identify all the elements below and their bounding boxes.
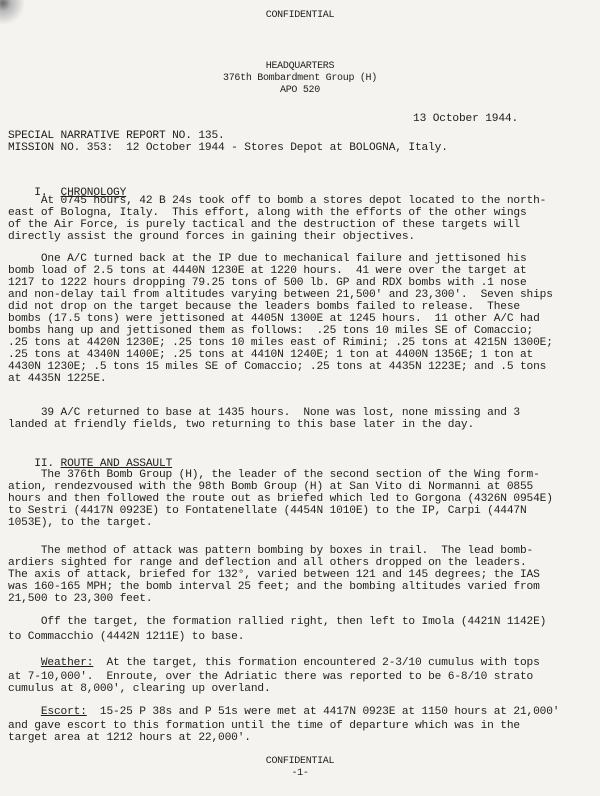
org-apo: APO 520 xyxy=(0,85,600,97)
org-headquarters: HEADQUARTERS xyxy=(0,61,600,73)
paragraph-line: was 160-165 MPH; the bomb interval 25 fe… xyxy=(8,581,540,593)
escort-label: Escort: xyxy=(41,706,87,718)
paragraph-line: at 4435N 1225E. xyxy=(8,373,106,385)
mission-title: MISSION NO. 353: 12 October 1944 - Store… xyxy=(8,142,448,154)
paragraph-line: At 0745 hours, 42 B 24s took off to bomb… xyxy=(8,195,546,207)
paragraph-line: 1053E), to the target. xyxy=(8,517,152,529)
paragraph-line: to Commacchio (4442N 1211E) to base. xyxy=(8,631,244,643)
paragraph-line: 21,500 to 23,300 feet. xyxy=(8,593,152,605)
paragraph-line: bomb load of 2.5 tons at 4440N 1230E at … xyxy=(8,265,527,277)
paragraph-line: One A/C turned back at the IP due to mec… xyxy=(8,253,527,265)
paragraph-line: The axis of attack, briefed for 132°, va… xyxy=(8,569,540,581)
classification-bottom: CONFIDENTIAL xyxy=(0,756,600,768)
paragraph-line: .25 tons at 4340N 1400E; .25 tons at 441… xyxy=(8,349,533,361)
paragraph-line: did not drop on the target because the l… xyxy=(8,301,520,313)
paragraph-line: and non-delay tail from altitudes varyin… xyxy=(8,289,553,301)
paragraph-line: At the target, this formation encountere… xyxy=(93,657,539,669)
paragraph-line: hours and then followed the route out as… xyxy=(8,493,553,505)
paragraph-line: 4430N 1230E; .5 tons 15 miles SE of Coma… xyxy=(8,361,546,373)
document-page: CONFIDENTIAL HEADQUARTERS 376th Bombardm… xyxy=(0,0,600,796)
paragraph-line: to Sestri (4417N 0923E) to Fontatenellat… xyxy=(8,505,527,517)
page-number: -1- xyxy=(0,768,600,780)
paragraph-line: 1217 to 1222 hours dropping 79.25 tons o… xyxy=(8,277,527,289)
paragraph-line: landed at friendly fields, two returning… xyxy=(8,419,474,431)
paragraph-line: ation, rendezvoused with the 98th Bomb G… xyxy=(8,481,533,493)
escort-paragraph: Escort: 15-25 P 38s and P 51s were met a… xyxy=(8,706,559,718)
paragraph-line: 39 A/C returned to base at 1435 hours. N… xyxy=(8,407,520,419)
paragraph-line: directly assist the ground forces in gai… xyxy=(8,231,415,243)
classification-top: CONFIDENTIAL xyxy=(0,10,600,22)
paragraph-line: .25 tons at 4420N 1230E; .25 tons 10 mil… xyxy=(8,337,553,349)
paragraph-line: target area at 1212 hours at 22,000'. xyxy=(8,732,251,744)
paragraph-line: bombs (17.5 tons) were jettisoned at 440… xyxy=(8,313,540,325)
org-unit: 376th Bombardment Group (H) xyxy=(0,73,600,85)
document-date: 13 October 1944. xyxy=(413,113,518,125)
paragraph-line: bombs hang up and jettisoned them as fol… xyxy=(8,325,533,337)
paragraph-line: 15-25 P 38s and P 51s were met at 4417N … xyxy=(87,706,560,718)
paragraph-line: of the Air Force, is purely tactical and… xyxy=(8,219,520,231)
paragraph-line: Off the target, the formation rallied ri… xyxy=(8,616,546,628)
paragraph-line: and gave escort to this formation until … xyxy=(8,720,520,732)
paragraph-line: The 376th Bomb Group (H), the leader of … xyxy=(8,469,540,481)
paragraph-line: east of Bologna, Italy. This effort, alo… xyxy=(8,207,527,219)
paragraph-line: at 7-10,000'. Enroute, over the Adriatic… xyxy=(8,671,533,683)
weather-paragraph: Weather: At the target, this formation e… xyxy=(8,657,540,669)
paragraph-line: ardiers sighted for range and deflection… xyxy=(8,557,527,569)
report-title: SPECIAL NARRATIVE REPORT NO. 135. xyxy=(8,130,225,142)
weather-label: Weather: xyxy=(41,657,94,669)
paragraph-line: The method of attack was pattern bombing… xyxy=(8,545,533,557)
paragraph-line: cumulus at 8,000', clearing up overland. xyxy=(8,683,271,695)
